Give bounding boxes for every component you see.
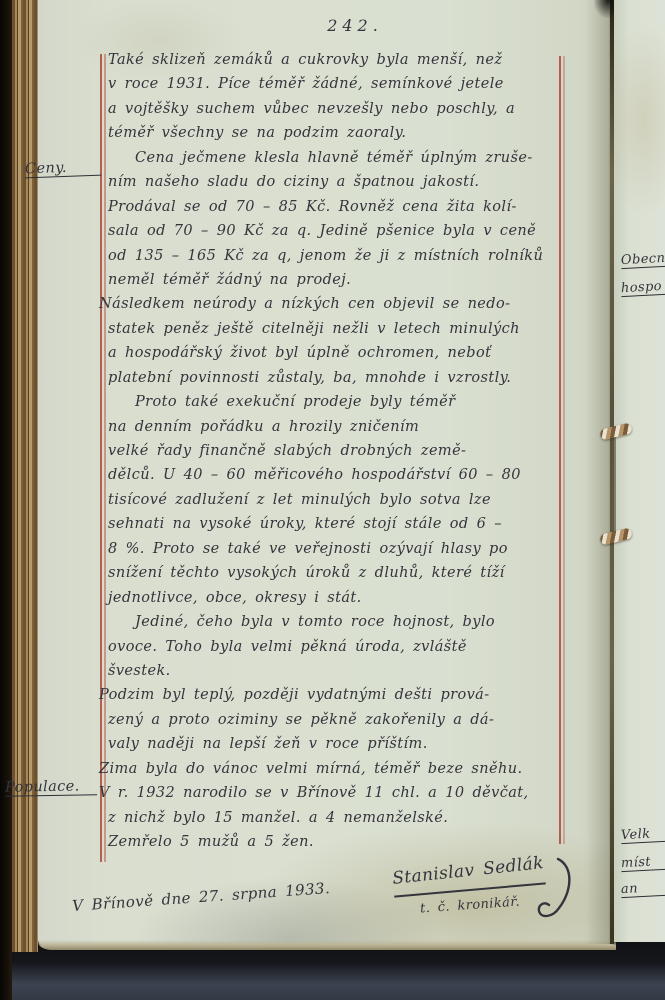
manuscript-line: od 135 – 165 Kč za q, jenom že ji z míst…: [108, 248, 570, 272]
manuscript-line: V r. 1932 narodilo se v Břínově 11 chl. …: [99, 785, 570, 809]
next-page-note-fragment: míst: [621, 854, 665, 872]
manuscript-line: Zima byla do vánoc velmi mírná, téměř be…: [99, 761, 570, 785]
manuscript-line: z nichž bylo 15 manžel. a 4 nemanželské.: [108, 810, 570, 834]
manuscript-line: a hospodářský život byl úplně ochromen, …: [108, 345, 570, 369]
manuscript-line: neměl téměř žádný na prodej.: [108, 272, 570, 296]
manuscript-line: zený a proto oziminy se pěkně zakořenily…: [108, 712, 570, 736]
next-page-note-fragment: Velk: [621, 826, 665, 844]
manuscript-line: tisícové zadlužení z let minulých bylo s…: [108, 492, 570, 516]
margin-note-populace: Populace.: [5, 778, 97, 797]
manuscript-line: Proto také exekuční prodeje byly téměř: [108, 394, 570, 418]
manuscript-line: švestek.: [108, 663, 570, 687]
margin-rule-left-inner: [104, 54, 106, 862]
next-page-note-fragment: Obecn: [621, 251, 665, 269]
manuscript-line: na denním pořádku a hrozily zničením: [108, 419, 570, 443]
gutter-shadow: [586, 0, 612, 944]
signature-flourish: [528, 856, 578, 926]
book-spine: [0, 0, 12, 1000]
manuscript-line: valy naději na lepší žeň v roce příštím.: [108, 736, 570, 760]
manuscript-line: jednotlivce, obce, okresy i stát.: [108, 590, 570, 614]
manuscript-line: 8 %. Proto se také ve veřejnosti ozývají…: [108, 541, 570, 565]
manuscript-line: dělců. U 40 – 60 měřicového hospodářství…: [108, 467, 570, 491]
manuscript-line: Následkem neúrody a nízkých cen objevil …: [99, 296, 570, 320]
manuscript-line: snížení těchto vysokých úroků z dluhů, k…: [108, 565, 570, 589]
manuscript-line: téměř všechny se na podzim zaoraly.: [108, 125, 570, 149]
manuscript-line: sehnati na vysoké úroky, které stojí stá…: [108, 516, 570, 540]
page-edge-stack: [12, 0, 38, 952]
manuscript-line: Zemřelo 5 mužů a 5 žen.: [108, 834, 570, 858]
margin-note-ceny: Ceny.: [25, 159, 102, 179]
next-page-note-fragment: an: [621, 880, 665, 898]
manuscript-line: platební povinnosti zůstaly, ba, mnohde …: [108, 370, 570, 394]
page-number: 242.: [300, 16, 410, 35]
manuscript-line: sala od 70 – 90 Kč za q. Jedině pšenice …: [108, 223, 570, 247]
next-page-note-fragment: hospo: [621, 279, 665, 297]
manuscript-line: velké řady finančně slabých drobných zem…: [108, 443, 570, 467]
manuscript-line: Jediné, čeho byla v tomto roce hojnost, …: [108, 614, 570, 638]
manuscript-line: statek peněz ještě citelněji nežli v let…: [108, 321, 570, 345]
manuscript-line: ním našeho sladu do ciziny a špatnou jak…: [108, 174, 570, 198]
manuscript-line: Podzim byl teplý, později vydatnými dešt…: [99, 687, 570, 711]
manuscript-line: Cena ječmene klesla hlavně téměř úplným …: [108, 150, 570, 174]
manuscript-text-block: Také sklizeň zemáků a cukrovky byla menš…: [108, 52, 570, 858]
manuscript-line: v roce 1931. Píce téměř žádné, semínkové…: [108, 76, 570, 100]
manuscript-line: ovoce. Toho byla velmi pěkná úroda, zvlá…: [108, 639, 570, 663]
manuscript-line: Prodával se od 70 – 85 Kč. Rovněž cena ž…: [108, 199, 570, 223]
page-bottom-edge: [38, 940, 616, 950]
manuscript-line: a vojtěšky suchem vůbec nevzešly nebo po…: [108, 101, 570, 125]
photo-backdrop: 242. Ceny. Populace. Také sklizeň zemáků…: [0, 0, 665, 1000]
binding-cord-thread: [614, 437, 616, 533]
next-page-edge: [614, 0, 665, 942]
manuscript-line: Také sklizeň zemáků a cukrovky byla menš…: [108, 52, 570, 76]
